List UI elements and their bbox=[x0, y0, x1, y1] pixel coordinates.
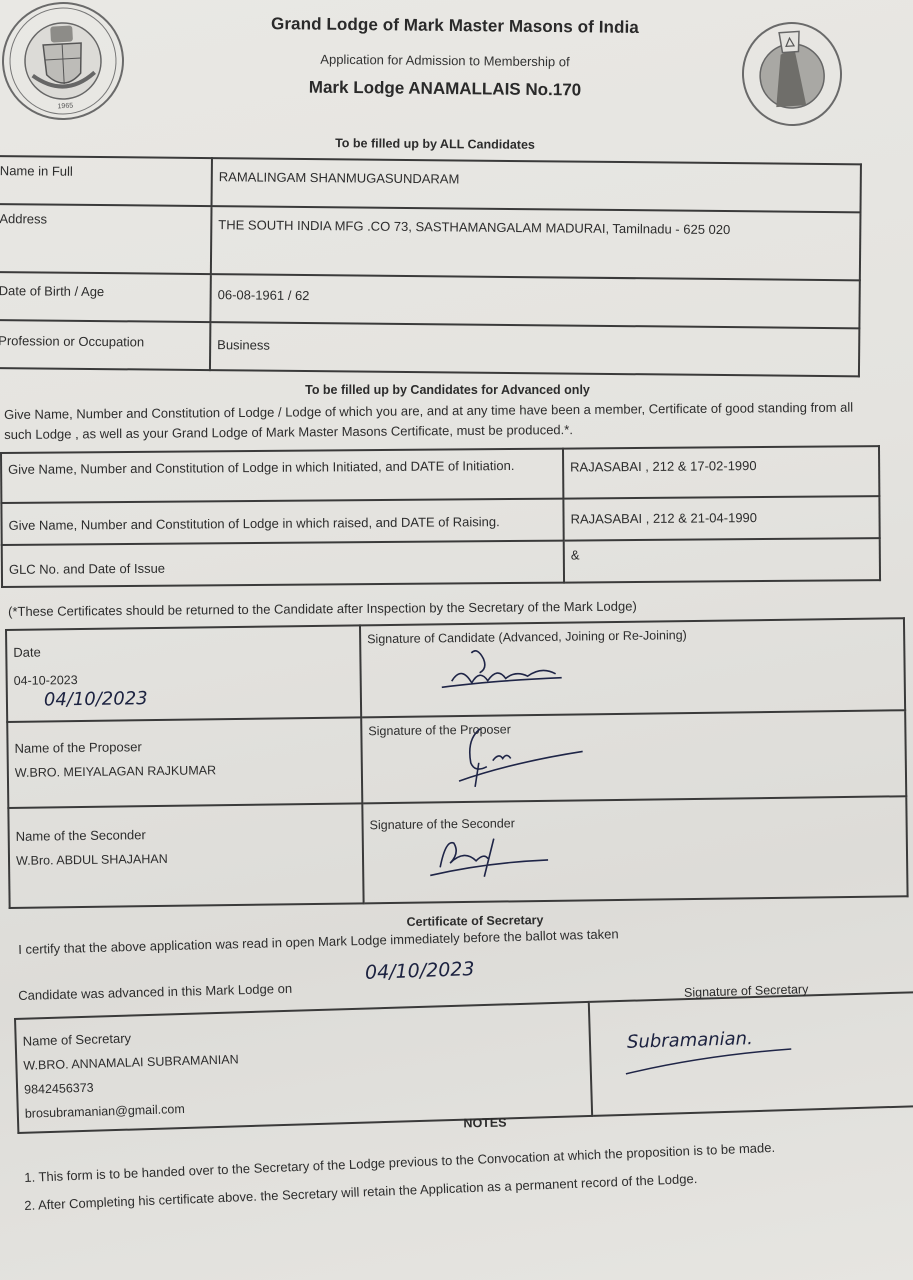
seconder-signature bbox=[424, 832, 565, 884]
table-row: Name of the Seconder W.Bro. ABDUL SHAJAH… bbox=[8, 796, 907, 908]
address-value: THE SOUTH INDIA MFG .CO 73, SASTHAMANGAL… bbox=[211, 206, 861, 280]
candidate-signature bbox=[431, 643, 582, 700]
proposer-signature-label: Signature of the Proposer bbox=[368, 717, 898, 738]
notes-heading: NOTES bbox=[420, 1115, 550, 1131]
secretary-table: Name of Secretary W.BRO. ANNAMALAI SUBRA… bbox=[14, 990, 913, 1134]
table-row: Profession or Occupation Business bbox=[0, 320, 859, 376]
seconder-name-label: Name of the Seconder bbox=[16, 824, 356, 843]
table-row: Name in Full RAMALINGAM SHANMUGASUNDARAM bbox=[0, 156, 861, 212]
table-row: Date of Birth / Age 06-08-1961 / 62 bbox=[0, 272, 860, 328]
advanced-date-handwritten: 04/10/2023 bbox=[365, 958, 475, 984]
proposer-name-label: Name of the Proposer bbox=[14, 736, 354, 755]
certificates-footnote: (*These Certificates should be returned … bbox=[8, 595, 768, 622]
table-row: Name of the Proposer W.BRO. MEIYALAGAN R… bbox=[7, 710, 906, 808]
raising-value: RAJASABAI , 212 & 21-04-1990 bbox=[563, 496, 879, 540]
form-subtitle: Application for Admission to Membership … bbox=[200, 50, 690, 70]
secretary-signature-underline bbox=[621, 1047, 802, 1082]
lodge-name: Mark Lodge ANAMALLAIS No.170 bbox=[200, 76, 690, 101]
seconder-name: W.Bro. ABDUL SHAJAHAN bbox=[16, 849, 356, 867]
field-label: Name in Full bbox=[0, 156, 212, 206]
proposer-signature bbox=[452, 721, 593, 793]
field-label: Profession or Occupation bbox=[0, 320, 210, 370]
initiation-label: Give Name, Number and Constitution of Lo… bbox=[1, 449, 563, 503]
advanced-heading: To be filled up by Candidates for Advanc… bbox=[200, 383, 695, 397]
field-label: Address bbox=[0, 204, 212, 274]
table-row: Address THE SOUTH INDIA MFG .CO 73, SAST… bbox=[0, 204, 860, 280]
all-candidates-table: Name in Full RAMALINGAM SHANMUGASUNDARAM… bbox=[0, 155, 862, 377]
all-candidates-heading: To be filled up by ALL Candidates bbox=[200, 135, 670, 153]
table-row: Name of Secretary W.BRO. ANNAMALAI SUBRA… bbox=[15, 991, 913, 1132]
raising-label: Give Name, Number and Constitution of Lo… bbox=[1, 499, 563, 545]
table-row: GLC No. and Date of Issue & bbox=[2, 538, 880, 587]
dob-age-value: 06-08-1961 / 62 bbox=[210, 274, 859, 328]
regional-grand-lodge-seal-icon bbox=[738, 19, 845, 130]
occupation-value: Business bbox=[210, 322, 859, 376]
handwritten-date: 04/10/2023 bbox=[44, 685, 354, 710]
table-row: Give Name, Number and Constitution of Lo… bbox=[1, 496, 879, 545]
glc-value: & bbox=[564, 538, 880, 582]
candidate-signature-label: Signature of Candidate (Advanced, Joinin… bbox=[367, 625, 897, 646]
table-row: Date 04-10-2023 04/10/2023 Signature of … bbox=[6, 618, 905, 722]
advanced-table: Give Name, Number and Constitution of Lo… bbox=[0, 445, 881, 588]
full-name-value: RAMALINGAM SHANMUGASUNDARAM bbox=[212, 158, 861, 212]
advanced-on-text: Candidate was advanced in this Mark Lodg… bbox=[18, 977, 378, 1006]
date-label: Date bbox=[13, 640, 353, 659]
advanced-instructions: Give Name, Number and Constitution of Lo… bbox=[4, 397, 874, 445]
proposer-name: W.BRO. MEIYALAGAN RAJKUMAR bbox=[15, 761, 355, 779]
svg-text:1965: 1965 bbox=[57, 103, 73, 111]
signatures-table: Date 04-10-2023 04/10/2023 Signature of … bbox=[5, 617, 909, 909]
seconder-signature-label: Signature of the Seconder bbox=[370, 811, 900, 832]
initiation-value: RAJASABAI , 212 & 17-02-1990 bbox=[563, 446, 879, 498]
grand-lodge-seal-icon: 1965 bbox=[0, 0, 127, 123]
glc-label: GLC No. and Date of Issue bbox=[2, 541, 564, 587]
table-row: Give Name, Number and Constitution of Lo… bbox=[1, 446, 879, 503]
field-label: Date of Birth / Age bbox=[0, 272, 211, 322]
organization-title: Grand Lodge of Mark Master Masons of Ind… bbox=[200, 13, 710, 38]
application-form-page: 1965 Grand Lodge of Mark Master Masons o… bbox=[0, 0, 913, 1280]
